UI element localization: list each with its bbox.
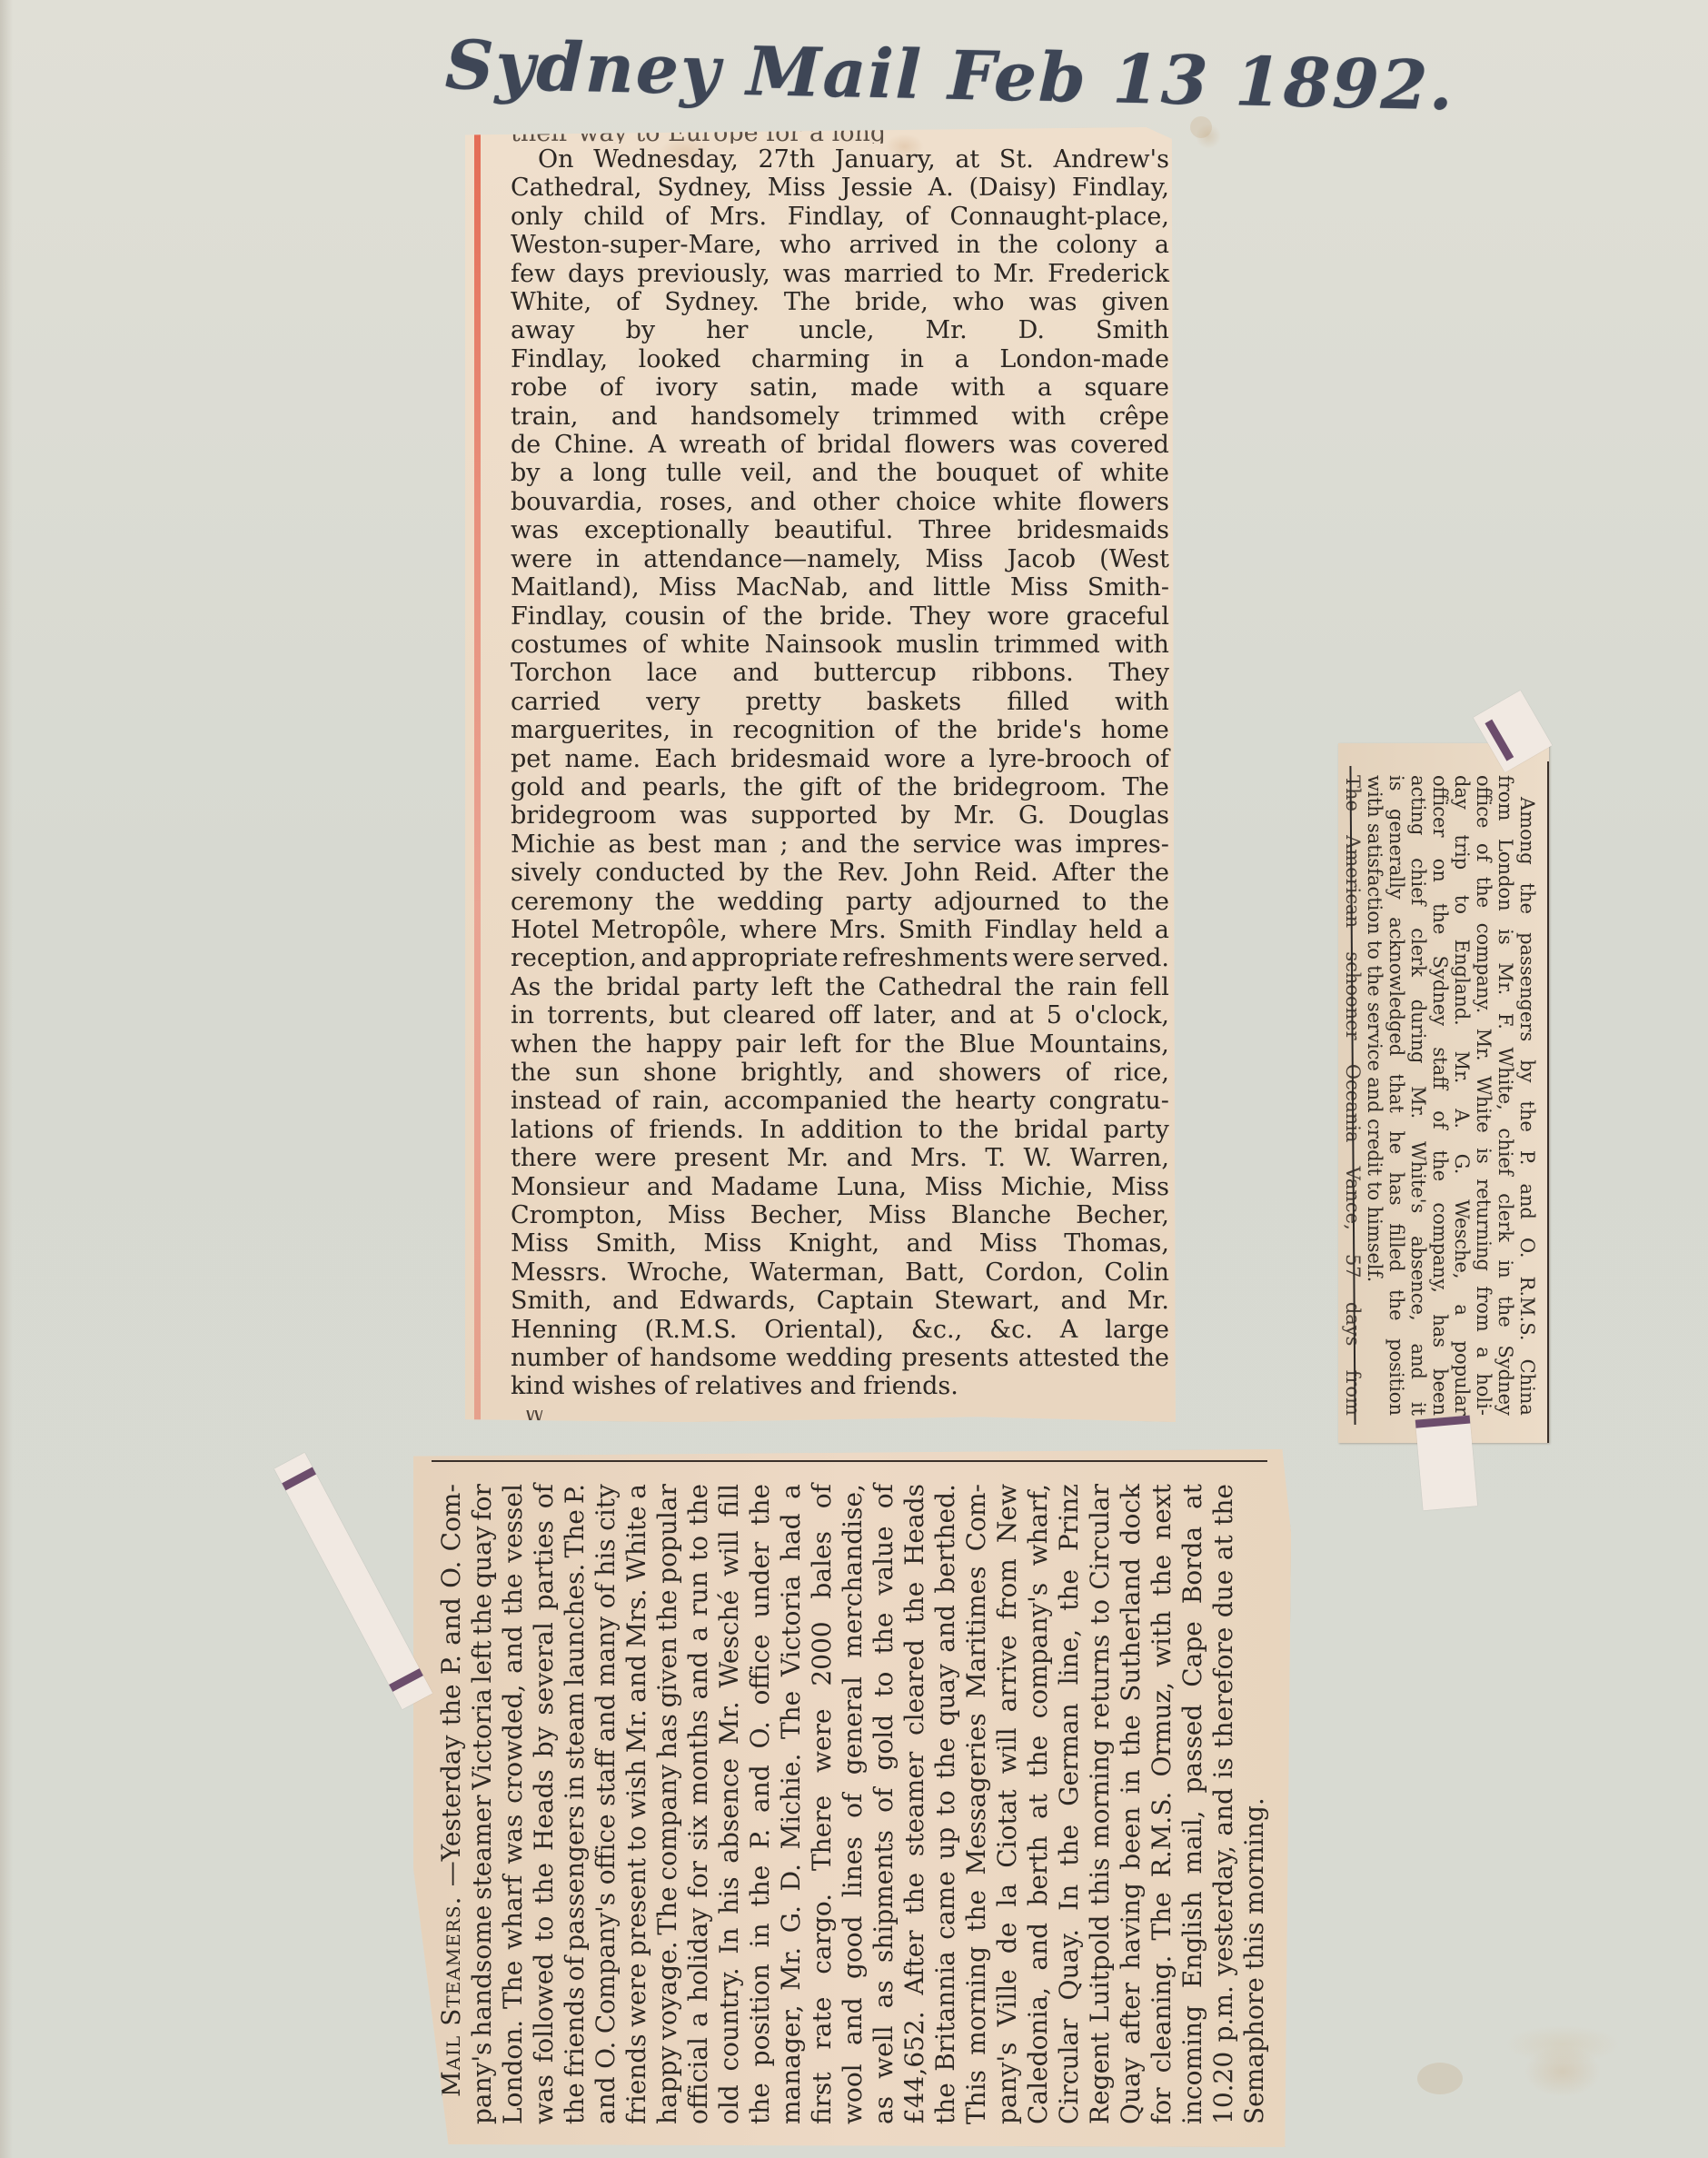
text-line: costumesofwhiteNainsookmuslintrimmedwith xyxy=(511,631,1169,659)
text-line: numberofhandsomeweddingpresentsattestedt… xyxy=(511,1344,1169,1372)
text-line: intorrents,butclearedofflater,andat5o'cl… xyxy=(511,1001,1169,1029)
text-line: manager,Mr.G.D.Michie.TheVictoriahada xyxy=(776,1484,807,2124)
text-line: theBritanniacameuptothequayandberthed. xyxy=(930,1484,961,2124)
text-line: London.Thewharfwascrowded,andthevessel xyxy=(498,1484,529,2124)
text-line: whenthehappypairleftfortheBlueMountains, xyxy=(511,1030,1169,1059)
hinge-stripe xyxy=(389,1668,423,1692)
text-line: wasexceptionallybeautiful.Threebridesmai… xyxy=(511,516,1169,544)
text-line: Maitland),MissMacNab,andlittleMissSmith- xyxy=(511,573,1169,602)
column-rule xyxy=(1176,154,1177,1399)
text-line: Torchonlaceandbuttercupribbons.They xyxy=(511,659,1169,687)
text-line: incomingEnglishmail,passedCapeBordaat xyxy=(1177,1484,1208,2124)
text-line: HotelMetropôle,whereMrs.SmithFindlayheld… xyxy=(511,916,1169,944)
text-line: Findlay,lookedcharminginaLondon-made xyxy=(511,345,1169,373)
text-line: pany'sVilledelaCiotatwillarrivefromNew xyxy=(992,1484,1023,2124)
text-line: White,ofSydney.Thebride,whowasgiven xyxy=(511,288,1169,316)
mail-steamers-clipping: Mail Steamers.—YesterdaytheP.andO.Com-pa… xyxy=(413,1449,1291,2147)
text-line: kindwishesofrelativesandfriends. xyxy=(511,1372,1169,1400)
cut-off-next-line: W xyxy=(524,1410,545,1423)
text-line: ThismorningtheMessageriesMaritimesCom- xyxy=(961,1484,992,2124)
text-line: oldcountry.InhisabsenceMr.Weschéwillfill xyxy=(714,1484,745,2124)
text-line: Henning(R.M.S.Oriental),&c.,&c.Alarge xyxy=(511,1316,1169,1344)
rotated-content: Mail Steamers.—YesterdaytheP.andO.Com-pa… xyxy=(413,1449,1291,2147)
text-line: reception,andappropriaterefreshmentswere… xyxy=(511,944,1169,972)
text-line: Weston-super-Mare,whoarrivedinthecolonya xyxy=(511,231,1169,259)
wedding-article-text: OnWednesday,27thJanuary,atSt.Andrew'sCat… xyxy=(511,145,1169,1401)
text-line: 10.20p.m.yesterday,andisthereforedueatth… xyxy=(1208,1484,1239,2124)
text-line: Messrs.Wroche,Waterman,Batt,Cordon,Colin xyxy=(511,1258,1169,1287)
text-line: goldandpearls,thegiftofthebridegroom.The xyxy=(511,773,1169,801)
paper-hinge-tab xyxy=(274,1453,432,1710)
text-line: onlychildofMrs.Findlay,ofConnaught-place… xyxy=(511,203,1169,231)
text-line: officerontheSydneystaffofthecompany,hasb… xyxy=(1429,775,1451,1416)
text-line: awaybyheruncle,Mr.D.Smith xyxy=(511,316,1169,344)
mail-steamers-clipping-paper: Mail Steamers.—YesterdaytheP.andO.Com-pa… xyxy=(413,1449,1291,2147)
text-line: officeofthecompany.Mr.Whiteisreturningfr… xyxy=(1473,775,1494,1416)
passengers-article-text: AmongthepassengersbytheP.andO.R.M.S.Chin… xyxy=(1342,775,1538,1416)
hinge-stripe xyxy=(282,1467,316,1491)
article-heading: Mail Steamers. xyxy=(436,1896,467,2098)
text-line: Findlay,cousinofthebride.Theyworegracefu… xyxy=(511,602,1169,631)
text-line: OnWednesday,27thJanuary,atSt.Andrew's xyxy=(511,145,1169,174)
paper-hinge-tab xyxy=(1415,1416,1477,1511)
handwritten-header: Sydney Mail Feb 13 1892. xyxy=(444,20,1355,130)
text-line: isgenerallyacknowledgedthathehasfilledth… xyxy=(1385,775,1407,1416)
text-line: thepositionintheP.andO.officeunderthe xyxy=(745,1484,776,2124)
text-line: insteadofrain,accompaniedtheheartycongra… xyxy=(511,1087,1169,1115)
text-line: wereinattendance—namely,MissJacob(West xyxy=(511,545,1169,573)
text-line: marguerites,inrecognitionofthebride'shom… xyxy=(511,716,1169,744)
text-line: actingchiefclerkduringMr.White'sabsence,… xyxy=(1407,775,1429,1416)
text-line: MissSmith,MissKnight,andMissThomas, xyxy=(511,1229,1169,1258)
text-line: pany'shandsomesteamerVictorialeftthequay… xyxy=(467,1484,498,2124)
text-line: andO.Company'sofficestaffandmanyofhiscit… xyxy=(591,1484,621,2124)
text-line: happyvoyage.Thecompanyhasgiventhepopular xyxy=(652,1484,683,2124)
red-pencil-margin-line xyxy=(474,127,481,1422)
text-line: officialaholidayforsixmonthsandaruntothe xyxy=(683,1484,714,2124)
text-line: ceremonytheweddingpartyadjournedtothe xyxy=(511,888,1169,916)
text-line: lationsoffriends.Inadditiontothebridalpa… xyxy=(511,1116,1169,1144)
text-line: Cathedral,Sydney,MissJessieA.(Daisy)Find… xyxy=(511,174,1169,202)
text-line: bridegroomwassupportedbyMr.G.Douglas xyxy=(511,801,1169,830)
cut-off-previous-line: their way to Europe for a long xyxy=(511,124,1147,144)
text-line: daytriptoEngland.Mr.A.G.Wesche,apopular xyxy=(1451,775,1473,1416)
text-line: RegentLuitpoldthismorningreturnstoCircul… xyxy=(1085,1484,1116,2124)
text-line: woolandgoodlinesofgeneralmerchandise, xyxy=(838,1484,869,2124)
text-line: withsatisfactiontotheserviceandcredittoh… xyxy=(1364,775,1385,1416)
text-line: petname.Eachbridesmaidworealyre-broochof xyxy=(511,745,1169,773)
passengers-clipping: AmongthepassengersbytheP.andO.R.M.S.Chin… xyxy=(1338,743,1549,1443)
passengers-clipping-paper: AmongthepassengersbytheP.andO.R.M.S.Chin… xyxy=(1338,743,1549,1443)
mail-steamers-article-text: Mail Steamers.—YesterdaytheP.andO.Com-pa… xyxy=(436,1484,1270,2124)
text-line: Michieasbestman;andtheservicewasimpres- xyxy=(511,830,1169,859)
text-line: forcleaning.TheR.M.S.Ormuz,withthenext xyxy=(1147,1484,1177,2124)
text-line: train,andhandsomelytrimmedwithcrêpe xyxy=(511,403,1169,431)
text-line: robeofivorysatin,madewithasquare xyxy=(511,373,1169,402)
text-line: byalongtulleveil,andthebouquetofwhite xyxy=(511,459,1169,487)
rotated-content: AmongthepassengersbytheP.andO.R.M.S.Chin… xyxy=(1338,743,1549,1443)
text-line: QuayafterhavingbeenintheSutherlanddock xyxy=(1116,1484,1147,2124)
text-line: £44,652.AfterthesteamerclearedtheHeads xyxy=(899,1484,930,2124)
text-line: therewerepresentMr.andMrs.T.W.Warren, xyxy=(511,1144,1169,1172)
text-line: wasfollowedtotheHeadsbyseveralpartiesof xyxy=(529,1484,560,2124)
text-line: Mail Steamers.—YesterdaytheP.andO.Com- xyxy=(436,1484,467,2124)
text-line: fewdayspreviously,wasmarriedtoMr.Frederi… xyxy=(511,260,1169,288)
text-line: deChine.Awreathofbridalflowerswascovered xyxy=(511,431,1169,459)
text-line: Semaphorethismorning. xyxy=(1239,1484,1270,2124)
wedding-announcement-clipping: their way to Europe for a long OnWednesd… xyxy=(465,127,1197,1422)
text-line: Crompton,MissBecher,MissBlancheBecher, xyxy=(511,1201,1169,1229)
text-line: AmongthepassengersbytheP.andO.R.M.S.Chin… xyxy=(1516,775,1538,1416)
page-edge-shadow xyxy=(0,0,13,2158)
text-line: thesunshonebrightly,andshowersofrice, xyxy=(511,1059,1169,1087)
foxing-stain xyxy=(1417,2063,1463,2094)
text-line: AsthebridalpartylefttheCathedraltherainf… xyxy=(511,973,1169,1001)
struck-through-line: TheAmericanschoonerOceaniaVance,57daysfr… xyxy=(1342,775,1364,1416)
text-line: sivelyconductedbytheRev.JohnReid.Afterth… xyxy=(511,859,1169,887)
text-line: thefriendsofpassengersinsteamlaunches.Th… xyxy=(560,1484,591,2124)
scrapbook-page: Sydney Mail Feb 13 1892. their way to Eu… xyxy=(0,0,1708,2158)
text-line: fromLondonisMr.F.White,chiefclerkintheSy… xyxy=(1494,775,1516,1416)
text-line: MonsieurandMadameLuna,MissMichie,Miss xyxy=(511,1173,1169,1201)
text-line: carriedveryprettybasketsfilledwith xyxy=(511,688,1169,716)
text-line: aswellasshipmentsofgoldtothevalueof xyxy=(869,1484,899,2124)
text-line: Smith,andEdwards,CaptainStewart,andMr. xyxy=(511,1287,1169,1315)
text-line: firstratecargo.Therewere2000balesof xyxy=(807,1484,838,2124)
text-line: bouvardia,roses,andotherchoicewhiteflowe… xyxy=(511,488,1169,516)
text-line: friendswerepresenttowishMr.andMrs.Whitea xyxy=(621,1484,652,2124)
text-line: Caledonia,andberthatthecompany'swharf, xyxy=(1023,1484,1054,2124)
text-line: CircularQuay.IntheGermanline,thePrinz xyxy=(1054,1484,1085,2124)
